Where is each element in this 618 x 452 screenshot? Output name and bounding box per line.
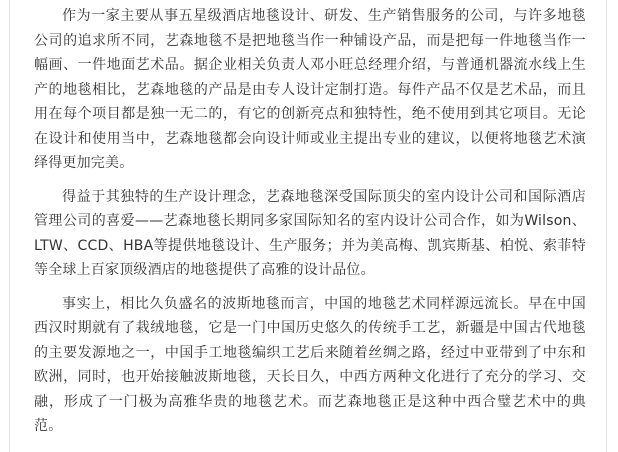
article-body: 作为一家主要从事五星级酒店地毯设计、研发、生产销售服务的公司，与许多地毯公司的追… (34, 4, 586, 448)
paragraph-intro: 作为一家主要从事五星级酒店地毯设计、研发、生产销售服务的公司，与许多地毯公司的追… (34, 4, 586, 176)
paragraph-partners: 得益于其独特的生产设计理念，艺森地毯深受国际顶尖的室内设计公司和国际酒店管理公司… (34, 185, 586, 283)
paragraph-history: 事实上，相比久负盛名的波斯地毯而言，中国的地毯艺术同样源远流长。早在中国西汉时期… (34, 292, 586, 439)
